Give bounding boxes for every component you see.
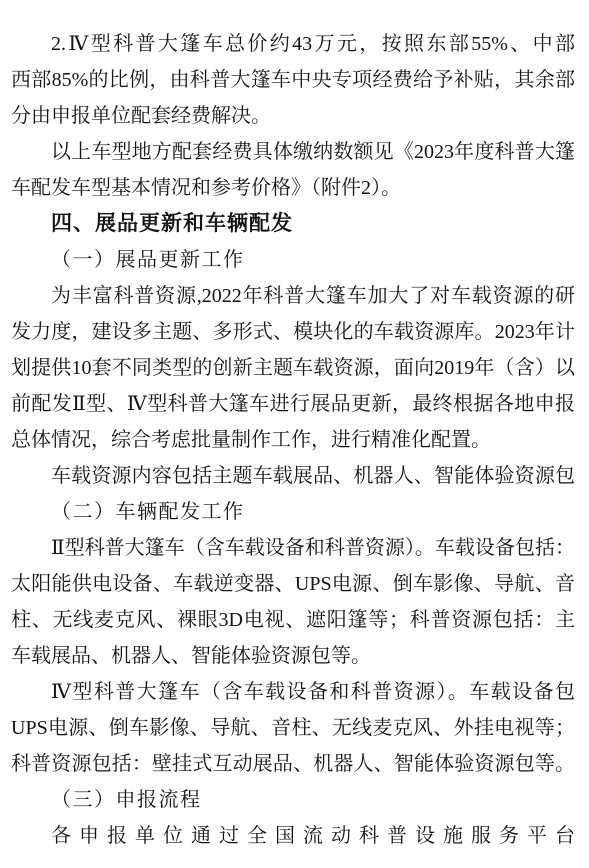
paragraph-line: 柱、无线麦克风、裸眼3D电视、遮阳篷等；科普资源包括：主题 <box>11 602 575 638</box>
paragraph-line: 前配发Ⅱ型、Ⅳ型科普大篷车进行展品更新，最终根据各地申报 <box>11 386 575 422</box>
paragraph-line: 科普资源包括：壁挂式互动展品、机器人、智能体验资源包等。 <box>11 746 575 782</box>
paragraph-line: 西部85%的比例，由科普大篷车中央专项经费给予补贴，其余部 <box>11 62 575 98</box>
paragraph-line: UPS电源、倒车影像、导航、音柱、无线麦克风、外挂电视等； <box>11 710 575 746</box>
section-heading: 四、展品更新和车辆配发 <box>11 206 575 242</box>
paragraph-line: 以上车型地方配套经费具体缴纳数额见《2023年度科普大篷 <box>11 134 575 170</box>
paragraph-line: 车载展品、机器人、智能体验资源包等。 <box>11 638 575 674</box>
paragraph-line: 分由申报单位配套经费解决。 <box>11 98 575 134</box>
paragraph-line: 发力度，建设多主题、多形式、模块化的车载资源库。2023年计 <box>11 314 575 350</box>
paragraph-line: 总体情况，综合考虑批量制作工作，进行精准化配置。 <box>11 422 575 458</box>
paragraph-line: Ⅳ型科普大篷车（含车载设备和科普资源）。车载设备包括： <box>11 674 575 710</box>
subsection-heading: （二）车辆配发工作 <box>11 494 575 530</box>
subsection-heading: （一）展品更新工作 <box>11 242 575 278</box>
document-page: 2.Ⅳ型科普大篷车总价约43万元，按照东部55%、中部65%、 西部85%的比例… <box>0 0 589 868</box>
paragraph-line: 车载资源内容包括主题车载展品、机器人、智能体验资源包等。 <box>11 458 575 494</box>
paragraph-line: 为丰富科普资源,2022年科普大篷车加大了对车载资源的研 <box>11 278 575 314</box>
paragraph-line: Ⅱ型科普大篷车（含车载设备和科普资源）。车载设备包括： <box>11 530 575 566</box>
paragraph-line: 太阳能供电设备、车载逆变器、UPS电源、倒车影像、导航、音 <box>11 566 575 602</box>
paragraph-line: 划提供10套不同类型的创新主题车载资源，面向2019年（含）以 <box>11 350 575 386</box>
subsection-heading: （三）申报流程 <box>11 782 575 818</box>
paragraph-line: 各申报单位通过全国流动科普设施服务平台 <box>11 818 575 854</box>
paragraph-line: 车配发车型基本情况和参考价格》（附件2）。 <box>11 170 575 206</box>
paragraph-line: 2.Ⅳ型科普大篷车总价约43万元，按照东部55%、中部65%、 <box>11 26 575 62</box>
